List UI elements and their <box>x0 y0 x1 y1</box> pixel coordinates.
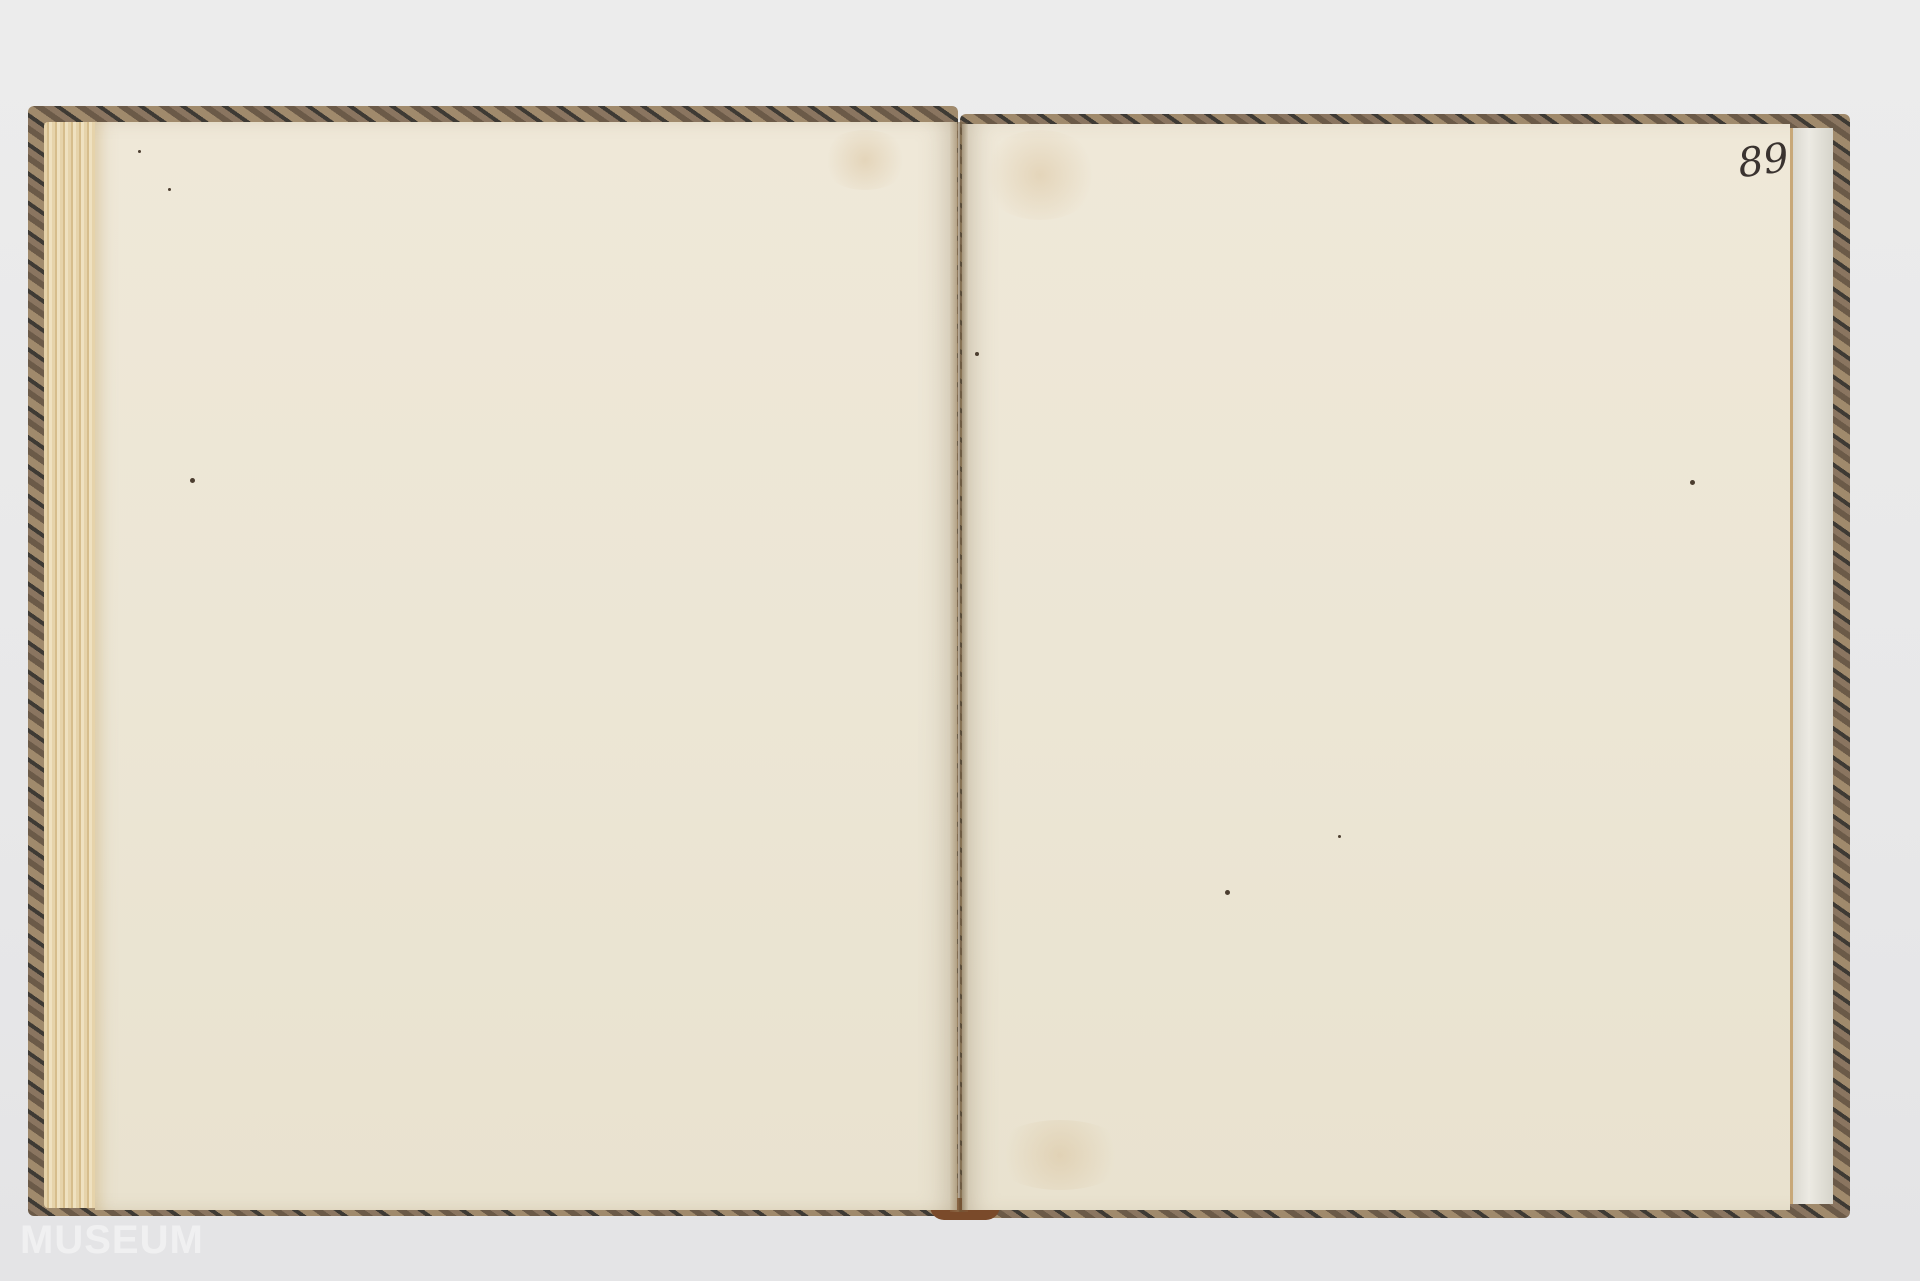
right-page <box>962 124 1790 1210</box>
paper-stain <box>980 130 1100 220</box>
handwritten-page-number: 89 <box>1735 135 1792 188</box>
paper-stain <box>990 1120 1130 1190</box>
paper-speck <box>1690 480 1695 485</box>
open-notebook: 89 <box>0 0 1920 1281</box>
paper-speck <box>138 150 141 153</box>
paper-speck <box>1225 890 1230 895</box>
paper-speck <box>975 352 979 356</box>
paper-speck <box>190 478 195 483</box>
museum-watermark: MUSEUM <box>20 1218 204 1263</box>
paper-speck <box>168 188 171 191</box>
book-gutter <box>950 122 968 1212</box>
left-page <box>95 122 957 1210</box>
paper-stain <box>820 130 910 190</box>
paper-speck <box>1338 835 1341 838</box>
page-block-edge-right <box>1790 128 1833 1204</box>
